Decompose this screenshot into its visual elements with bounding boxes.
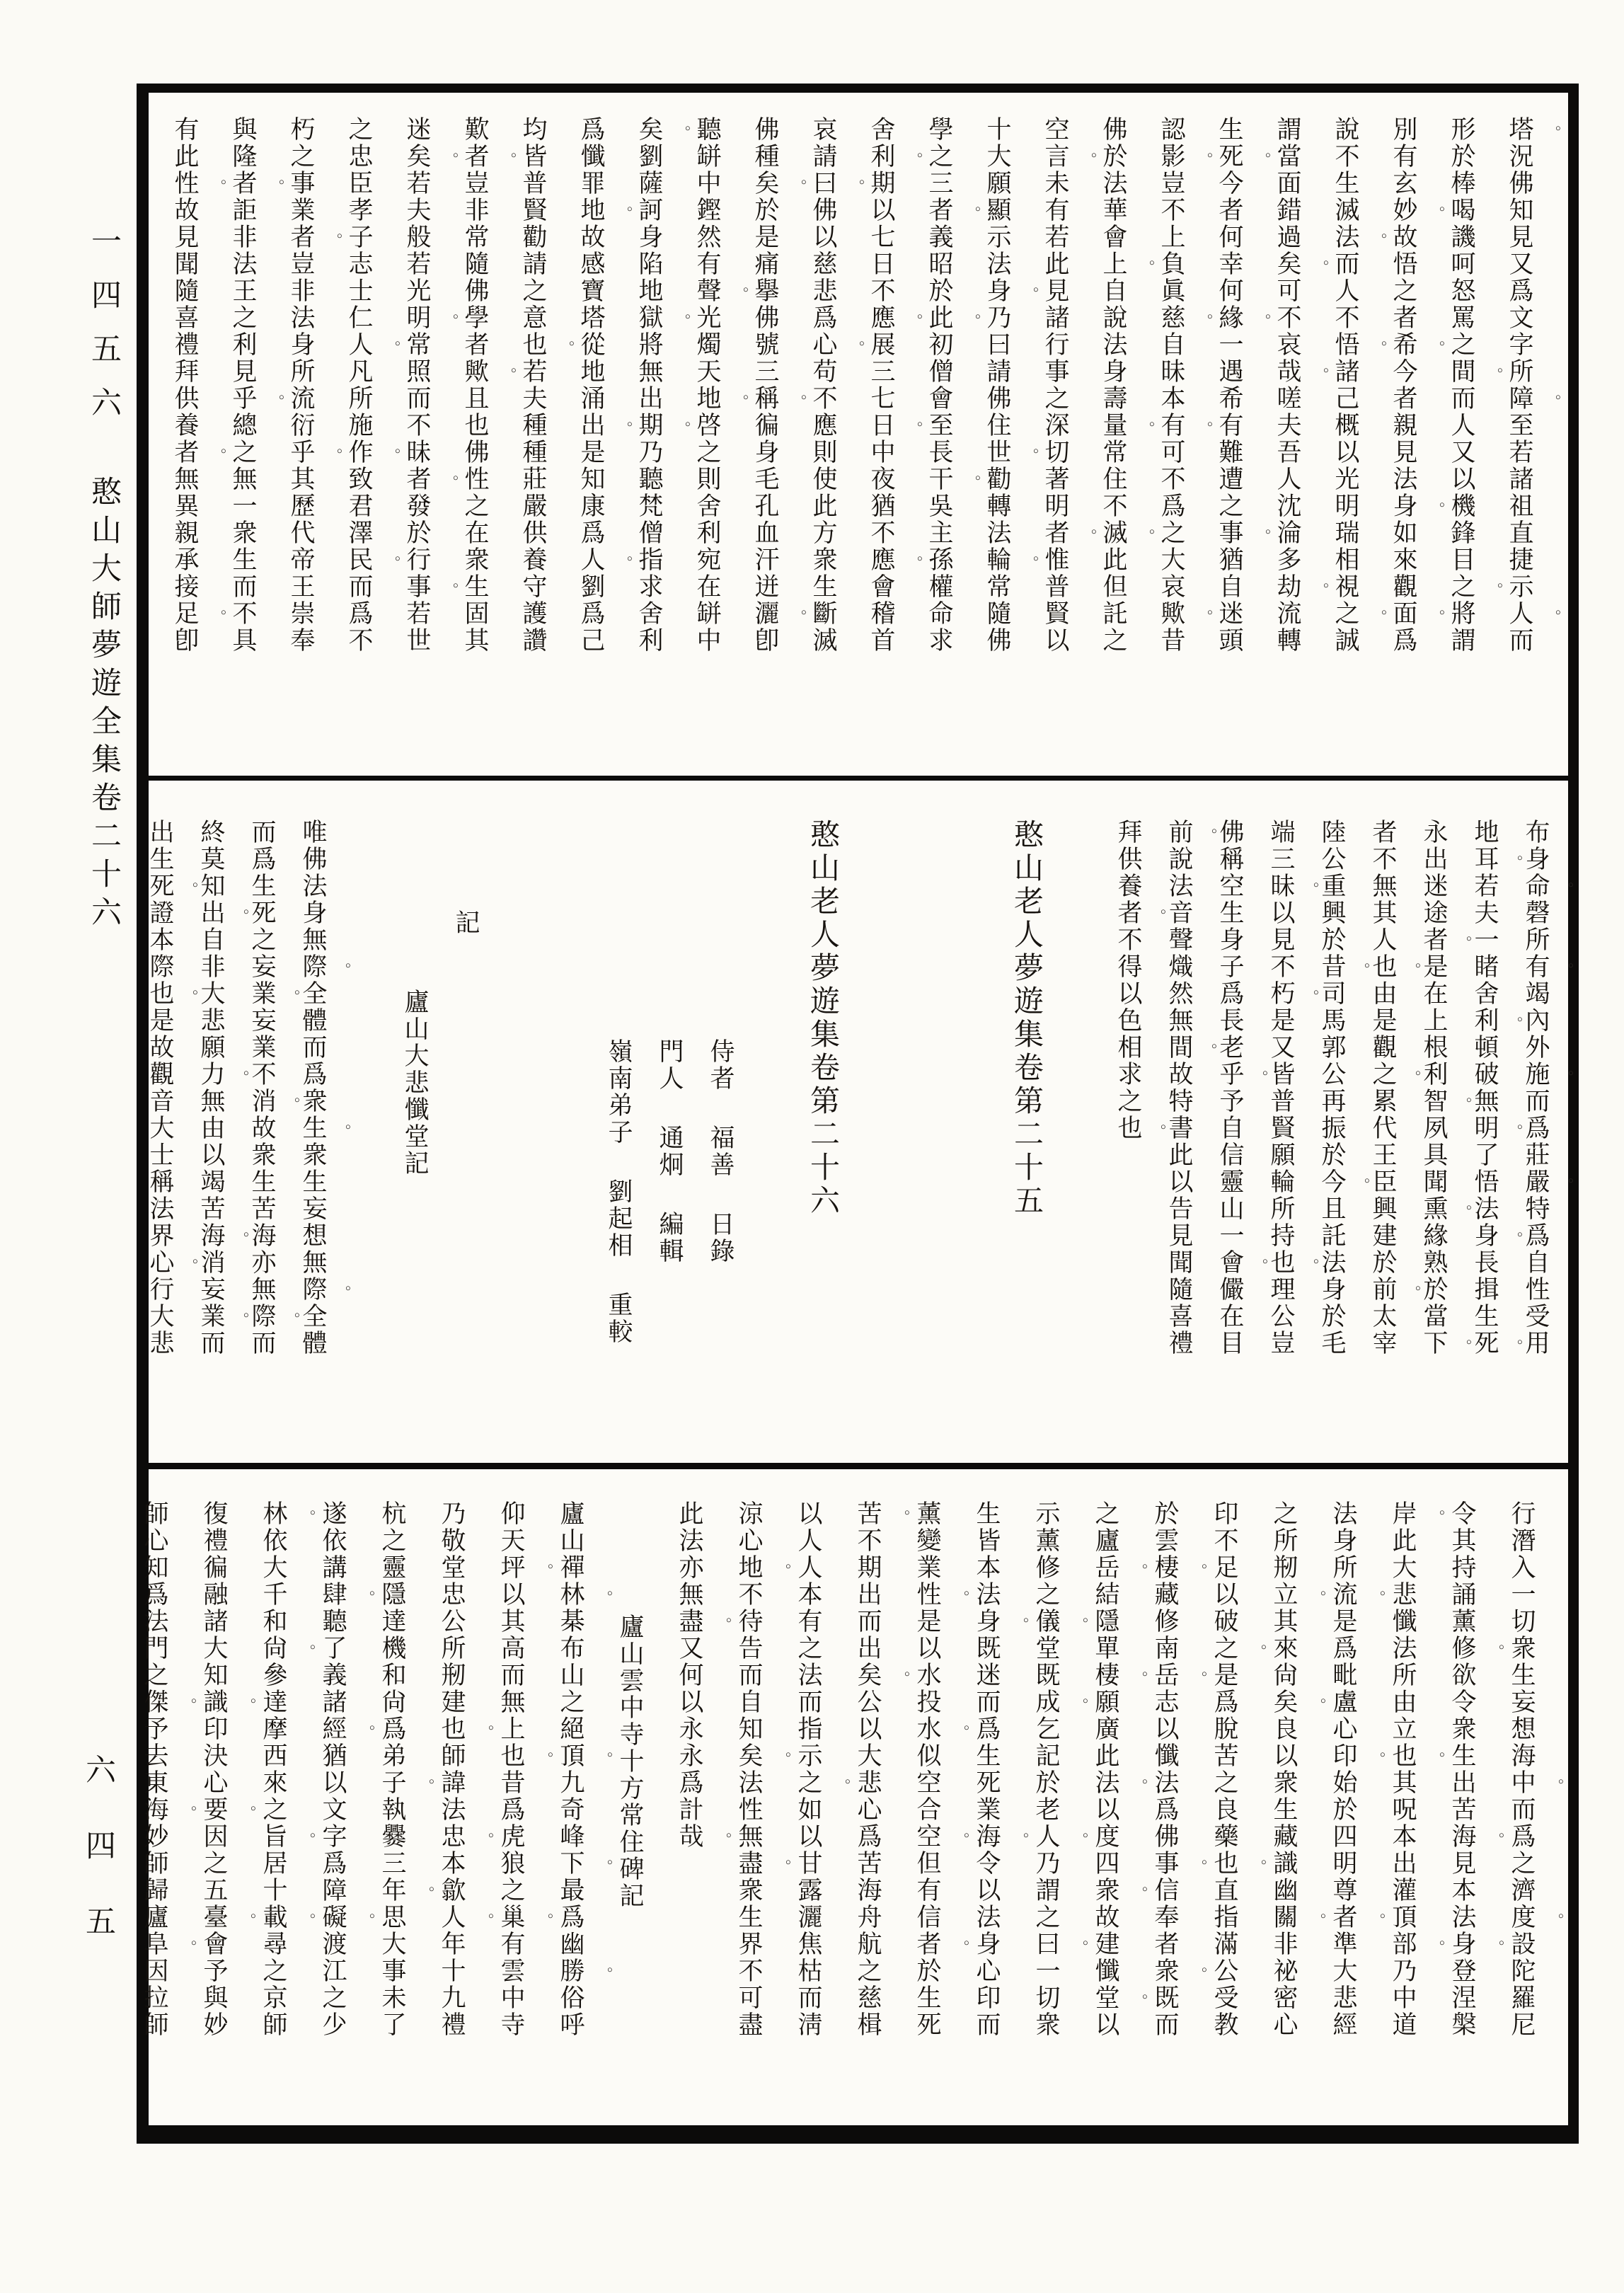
reading-circle: 。 [1192,1671,1207,1686]
reading-circle: 。 [1073,1698,1088,1713]
reading-circle: 。 [1073,1940,1088,1955]
reading-circle: 。 [1545,125,1560,140]
page-scan: 一四五六 憨山大師夢遊全集卷二十六 六四五 塔。況佛知見又爲文字所障。至若諸祖直… [0,0,1624,2293]
reading-circle: 。 [791,394,806,409]
text-column: 哀請曰。佛以慈悲爲心。苟不應則使此方衆生斷滅 [794,116,852,654]
reading-circle: 。 [443,314,458,328]
reading-circle: 。 [538,1563,553,1578]
text-column: 朽之事業者。豈非法身所流衍乎。其歷代帝王崇奉 [272,116,330,654]
reading-circle: 。 [1456,936,1471,950]
reading-circle: 。 [1252,1070,1267,1085]
reading-circle: 。 [716,1832,731,1847]
reading-circle: 。 [419,1778,434,1793]
middle-register: 布身命。磬所有。竭內外施。而爲莊嚴。特爲自性受用地耳。若夫一睹舍利。頓破無明。了… [149,781,1568,1469]
reading-circle: 。 [1192,1967,1207,1982]
text-column: 佛稱空生身子爲長老乎。予自信靈山一會。儼在目 [1204,819,1255,1357]
reading-circle: 。 [1023,448,1038,463]
reading-circle: 。 [954,1725,969,1740]
text-column: 聽缾中鏗然有聲。光燭天地。啓之則舍利宛在缾中 [678,116,736,654]
text-column: 杭之靈隱達機和尙爲弟子。執爨三年。思大事未了 [362,1500,422,2038]
reading-circle: 。 [501,152,516,167]
reading-circle: 。 [1489,1644,1504,1659]
reading-circle: 。 [181,1940,196,1955]
text-column: 仰天坪。以其高而無上也。昔爲虎狼之巢。有雲中寺 [481,1500,541,2038]
reading-circle: 。 [335,1124,350,1139]
reading-circle: 。 [1487,582,1502,597]
reading-circle: 。 [1081,152,1096,167]
reading-circle: 。 [907,556,922,570]
reading-circle: 。 [1197,609,1212,624]
reading-circle: 。 [1313,260,1328,275]
reading-circle: 。 [327,233,342,248]
text-column: 岸。此大悲懺法所由立也。其呪本出灌頂部。乃中道 [1373,1500,1432,2038]
reading-circle: 。 [597,1590,612,1605]
text-column: 之所剏立。其來尙矣。良以衆生藏識幽關。非祕密心 [1254,1500,1313,2038]
reading-circle: 。 [1370,1913,1385,1928]
reading-circle: 。 [776,1563,790,1578]
reading-circle: 。 [733,394,748,409]
text-column: 印不足以破之。是爲脫苦之良藥也。直指滿公受教 [1194,1500,1254,2038]
reading-circle: 。 [1507,1124,1522,1139]
reading-circle: 。 [559,340,574,355]
reading-circle: 。 [359,1590,374,1605]
reading-circle: 。 [1429,609,1444,624]
text-column: 迷矣。若夫般若光明。常照而不昧者。發於行事。若世 [388,116,446,654]
text-column: 行潛入一切衆生妄想海中。而爲之濟度。設陀羅尼 [1492,1500,1551,2038]
reading-circle: 。 [1558,1070,1573,1085]
reading-circle: 。 [1507,1016,1522,1031]
text-column: 涼心地。不待告而自知矣。法性無盡。衆生界不可盡 [719,1500,778,2038]
collator-credit: 嶺南弟子劉起相重較 [593,1038,644,1345]
reading-circle: 。 [1507,1339,1522,1354]
folio-number: 六四五 [76,1754,120,1981]
text-column: 謂當面錯過矣。可不哀哉。嗟夫吾人沈淪多劫。流轉 [1258,116,1316,654]
reading-circle: 。 [1370,1752,1385,1766]
reading-circle: 。 [183,989,197,1004]
text-column: 之廬岳。結隱單棲。願廣此法。以度四衆。故建懺堂。以 [1076,1500,1135,2038]
reading-circle: 。 [849,179,864,194]
reading-circle: 。 [1255,529,1270,544]
text-column: 佛於法華會上。自說法身壽量。常住不滅。此但託之 [1084,116,1142,654]
text-column: 苦。不期出而出矣。公以大悲心爲苦海舟航之慈楫 [838,1500,897,2038]
bottom-register: 行潛入一切衆生妄想海中。而爲之濟度。設陀羅尼令其持誦薰修。欲令衆生出苦海。見本法… [149,1469,1568,2120]
reading-circle: 。 [501,367,516,382]
reading-circle: 。 [419,1886,434,1901]
text-column: 佛種矣。於是痛擧佛號三稱。徧身毛孔血汗迸灑。卽 [736,116,794,654]
text-column: 別有玄妙。故悟之者希。今者親見法身。如來觀面。爲 [1374,116,1432,654]
reading-circle: 。 [1303,1258,1318,1273]
reading-circle: 。 [1313,582,1328,597]
text-column: 陸公重興於昔。司馬郭公再振於今。且託法身於毛 [1306,819,1357,1357]
reading-circle: 。 [1429,1510,1444,1524]
text-column: 爲懺罪地。故感寶塔從地涌出。是知康爲人。劉爲己 [562,116,620,654]
blank-column [899,819,950,826]
reading-circle: 。 [907,152,922,167]
volume-start-heading: 憨山老人夢遊集卷第二十六 [797,819,848,1218]
reading-circle: 。 [359,1913,374,1928]
reading-circle: 。 [617,206,632,221]
text-frame: 塔。況佛知見又爲文字所障。至若諸祖直捷示人。而形於棒喝譏呵怒罵之間。而人又以機鋒… [137,84,1579,2144]
reading-circle: 。 [954,1940,969,1955]
reading-circle: 。 [300,1832,315,1847]
reading-circle: 。 [443,475,458,490]
reading-circle: 。 [300,1644,315,1659]
blank-column [338,819,389,826]
reading-circle: 。 [597,1967,612,1982]
reading-circle: 。 [1371,340,1386,355]
reading-circle: 。 [776,1752,790,1766]
reading-circle: 。 [1370,1590,1385,1605]
reading-circle: 。 [300,1510,315,1524]
reading-circle: 。 [1192,1563,1207,1578]
text-column: 於雲棲。藏修南岳。志以懺法爲佛事。信奉者衆。既而 [1135,1500,1194,2038]
text-column: 出生死。證本際也。是故觀音大士稱法界心。行大悲 [134,819,185,1357]
reading-circle: 。 [1023,556,1038,570]
text-column: 與隆者。詎非法王之利見乎。總之無一衆生而不具 [214,116,272,654]
text-column: 林。依大千和尙。參達摩西來之旨。居十載。尋之京師 [243,1500,303,2038]
reading-circle: 。 [1073,1617,1088,1632]
reading-circle: 。 [1139,421,1154,436]
reading-circle: 。 [183,882,197,897]
text-column: 認影。豈不上負眞慈。自昧本有。可不爲之大哀歟。昔 [1142,116,1200,654]
reading-circle: 。 [849,340,864,355]
reading-circle: 。 [1558,962,1573,977]
reading-circle: 。 [617,556,632,570]
text-column: 前。說法音聲熾然無間。故特書此以告見聞隨喜禮 [1153,819,1204,1357]
reading-circle: 。 [965,314,980,328]
reading-circle: 。 [1311,1698,1325,1713]
text-column: 師心知爲法門之傑。予去東海。妙師歸廬阜。因拉師 [125,1500,184,2038]
reading-circle: 。 [776,1859,790,1874]
editor-credit: 門人通炯編輯 [644,1038,695,1265]
reading-circle: 。 [1548,1778,1563,1793]
reading-circle: 。 [1132,1671,1147,1686]
text-column: 示薰修之儀。堂既成。乞記於老人。乃謂之曰。一切衆 [1016,1500,1076,2038]
reading-circle: 。 [791,609,806,624]
text-column: 布身命。磬所有。竭內外施。而爲莊嚴。特爲自性受用 [1510,819,1561,1357]
reading-circle: 。 [1132,1778,1147,1793]
text-column: 薰變業性。是以水投水。似空合空。但有信者。於生死 [897,1500,957,2038]
text-column: 終莫知出。自非大悲願力。無由以竭苦海。消妄業。而 [185,819,236,1357]
text-column: 以人人本有之法而指示之。如以甘露灑焦枯而淸 [778,1500,838,2038]
blank-column [746,819,797,826]
reading-circle: 。 [1013,1832,1028,1847]
reading-circle: 。 [234,1070,248,1085]
reading-circle: 。 [733,287,748,301]
reading-circle: 。 [385,340,400,355]
reading-circle: 。 [1303,989,1318,1004]
reading-circle: 。 [894,1510,909,1524]
reading-circle: 。 [1558,1178,1573,1193]
reading-circle: 。 [617,421,632,436]
reading-circle: 。 [1456,1097,1471,1112]
reading-circle: 。 [1456,1339,1471,1354]
text-column: 者不無其人也。由是觀之。累代王臣興建於前。太宰 [1357,819,1408,1357]
text-column: 十大願顯示法身。乃曰請佛住世。勸轉法輪。常隨佛 [968,116,1026,654]
reading-circle: 。 [675,125,690,140]
reading-circle: 。 [1429,1752,1444,1766]
text-column: 永出迷途者。是在上根利智。夙具聞熏。緣熟於當下。 [1408,819,1459,1357]
reading-circle: 。 [1507,1231,1522,1246]
reading-circle: 。 [1354,1178,1369,1193]
reading-circle: 。 [1548,1913,1563,1928]
reading-circle: 。 [1255,152,1270,167]
reading-circle: 。 [327,448,342,463]
text-column: 法身所流。是爲毗盧心印。始於四明尊者。準大悲經 [1313,1500,1373,2038]
reading-circle: 。 [183,1258,197,1273]
text-column: 乃敬堂忠公所剏建也。師諱法忠。本歙人。年十九禮 [422,1500,481,2038]
text-column: 復禮徧融諸大知識。印決心要。因之五臺。會予與妙 [184,1500,243,2038]
reading-circle: 。 [1151,909,1165,924]
reading-circle: 。 [284,1312,299,1327]
text-column: 之忠臣孝子志士仁人。凡所施作。致君澤民。而爲不 [330,116,388,654]
text-column: 地耳。若夫一睹舍利。頓破無明。了悟法身。長揖生死。 [1459,819,1510,1357]
text-column: 學之三者。義昭於此。初僧會至長干。吳主孫權命求 [910,116,968,654]
reading-circle: 。 [954,1590,969,1605]
text-column: 矣。劉薩訶身陷地獄。將無出期。乃聽梵僧指求舍利 [620,116,678,654]
reading-circle: 。 [181,1805,196,1820]
reading-circle: 。 [1251,1859,1266,1874]
reading-circle: 。 [443,582,458,597]
blank-column [1052,819,1102,826]
reading-circle: 。 [1151,1124,1165,1139]
reading-circle: 。 [211,448,226,463]
reading-circle: 。 [1202,828,1216,843]
reading-circle: 。 [1371,609,1386,624]
attendant-credit: 侍者福善日錄 [695,1038,746,1265]
reading-circle: 。 [1197,314,1212,328]
volume-end-heading: 憨山老人夢遊集卷第二十五 [1001,819,1052,1218]
reading-circle: 。 [597,1859,612,1874]
reading-circle: 。 [335,962,350,977]
reading-circle: 。 [241,1698,255,1713]
reading-circle: 。 [675,421,690,436]
text-column: 空言。未有若此見諸行事之深切著明者。惟普賢以 [1026,116,1084,654]
reading-circle: 。 [181,1698,196,1713]
reading-circle: 。 [1313,367,1328,382]
reading-circle: 。 [894,1671,909,1686]
reading-circle: 。 [1073,1832,1088,1847]
reading-circle: 。 [1371,233,1386,248]
reading-circle: 。 [716,1617,731,1632]
reading-circle: 。 [1139,260,1154,275]
reading-circle: 。 [234,909,248,924]
reading-circle: 。 [1255,314,1270,328]
reading-circle: 。 [1132,1563,1147,1578]
reading-circle: 。 [965,206,980,221]
reading-circle: 。 [1489,1940,1504,1955]
text-column: 生死。今者何幸何緣。一遇希有難遭之事。猶自迷頭 [1200,116,1258,654]
reading-circle: 。 [1405,962,1420,977]
text-column: 均皆普賢勸請之意也。若夫種種莊嚴供養守護讚 [504,116,562,654]
margin-page-number: 一四五六 [82,225,125,440]
reading-circle: 。 [1197,152,1212,167]
text-column: 遂依講肆。聽了義諸經。猶以文字爲障礙。渡江之少 [303,1500,362,2038]
reading-circle: 。 [538,1913,553,1928]
reading-circle: 。 [1489,1832,1504,1847]
reading-circle: 。 [443,152,458,167]
reading-circle: 。 [1429,1940,1444,1955]
top-register: 塔。況佛知見又爲文字所障。至若諸祖直捷示人。而形於棒喝譏呵怒罵之間。而人又以機鋒… [149,93,1568,781]
text-column: 廬山禪林。棊布山之絕頂。九奇峰下。最爲幽勝。俗呼 [541,1500,600,2038]
reading-circle: 。 [359,1725,374,1740]
reading-circle: 。 [269,179,284,194]
reading-circle: 。 [1197,421,1212,436]
blank-column [950,819,1001,826]
reading-circle: 。 [211,179,226,194]
text-column: 拜供養者。不得以色相求之也。 [1102,819,1153,1142]
reading-circle: 。 [1429,502,1444,517]
essay-title: 廬山大悲懺堂記 [389,989,440,1177]
reading-circle: 。 [1558,882,1573,897]
reading-circle: 。 [1081,529,1096,544]
reading-circle: 。 [1354,962,1369,977]
text-column: 塔。況佛知見又爲文字所障。至若諸祖直捷示人。而 [1490,116,1548,654]
reading-circle: 。 [335,1285,350,1300]
reading-circle: 。 [791,179,806,194]
reading-circle: 。 [1132,1994,1147,2008]
reading-circle: 。 [385,448,400,463]
reading-circle: 。 [284,1097,299,1112]
text-column: 此法亦無盡。又何以永永爲計哉。 [660,1500,719,1850]
reading-circle: 。 [1507,855,1522,870]
reading-circle: 。 [597,1752,612,1766]
reading-circle: 。 [1405,1285,1420,1300]
reading-circle: 。 [211,609,226,624]
reading-circle: 。 [538,1752,553,1766]
reading-circle: 。 [234,1312,248,1327]
reading-circle: 。 [478,1832,493,1847]
reading-circle: 。 [907,421,922,436]
reading-circle: 。 [241,1913,255,1928]
reading-circle: 。 [1545,609,1560,624]
section-label: 記 [440,909,491,936]
reading-circle: 。 [1545,394,1560,409]
reading-circle: 。 [1456,1205,1471,1219]
reading-circle: 。 [1132,1886,1147,1901]
reading-circle: 。 [965,475,980,490]
reading-circle: 。 [1023,287,1038,301]
text-column: 形於棒喝譏呵怒罵之間。而人又以機鋒目之。將謂 [1432,116,1490,654]
blank-column [491,819,542,826]
text-column: 而爲生死之妄業。妄業不消。故衆生苦海亦無際。而 [236,819,287,1357]
reading-circle: 。 [234,1231,248,1246]
blank-column [848,819,899,826]
reading-circle: 。 [835,1778,850,1793]
text-column: 令其持誦薰修。欲令衆生出苦海。見本法身。登涅槃 [1432,1500,1492,2038]
reading-circle: 。 [269,394,284,409]
blank-column [542,819,593,826]
reading-circle: 。 [478,1913,493,1928]
reading-circle: 。 [1429,206,1444,221]
reading-circle: 。 [1202,1043,1216,1058]
reading-circle: 。 [1251,1644,1266,1659]
reading-circle: 。 [241,1805,255,1820]
reading-circle: 。 [1405,1070,1420,1085]
reading-circle: 。 [1252,1258,1267,1273]
reading-circle: 。 [1192,1859,1207,1874]
reading-circle: 。 [478,1725,493,1740]
reading-circle: 。 [284,989,299,1004]
text-column: 歎者。豈非常隨佛學者歟。且也佛性之在衆生固其 [446,116,504,654]
text-column: 說不生滅法。而人不悟。諸己概以光明瑞相視之。誠 [1316,116,1374,654]
text-column: 唯佛法身無際。全體而爲衆生。衆生妄想無際。全體 [287,819,338,1357]
reading-circle: 。 [1303,882,1318,897]
text-column: 有此性。故見聞隨喜禮拜供養者。無異親承接足。卽 [156,116,214,654]
text-column: 舍利。期以七日不應。展三七日。中夜猶不應。會稽首 [852,116,910,654]
margin-volume-label: 憨山大師夢遊全集卷二十六 [82,476,125,934]
reading-circle: 。 [1311,1590,1325,1605]
reading-circle: 。 [385,556,400,570]
text-column: 生皆本法身。既迷而爲生死業海。令以法身心印而 [957,1500,1016,2038]
reading-circle: 。 [1013,1617,1028,1632]
reading-circle: 。 [907,314,922,328]
text-column: 端三昧。以見不朽。是又皆普賢願輪所持也。理公豈 [1255,819,1306,1357]
reading-circle: 。 [675,314,690,328]
reading-circle: 。 [1139,529,1154,544]
reading-circle: 。 [300,1913,315,1928]
reading-circle: 。 [1311,1913,1325,1928]
reading-circle: 。 [1487,367,1502,382]
reading-circle: 。 [1429,340,1444,355]
reading-circle: 。 [954,1832,969,1847]
